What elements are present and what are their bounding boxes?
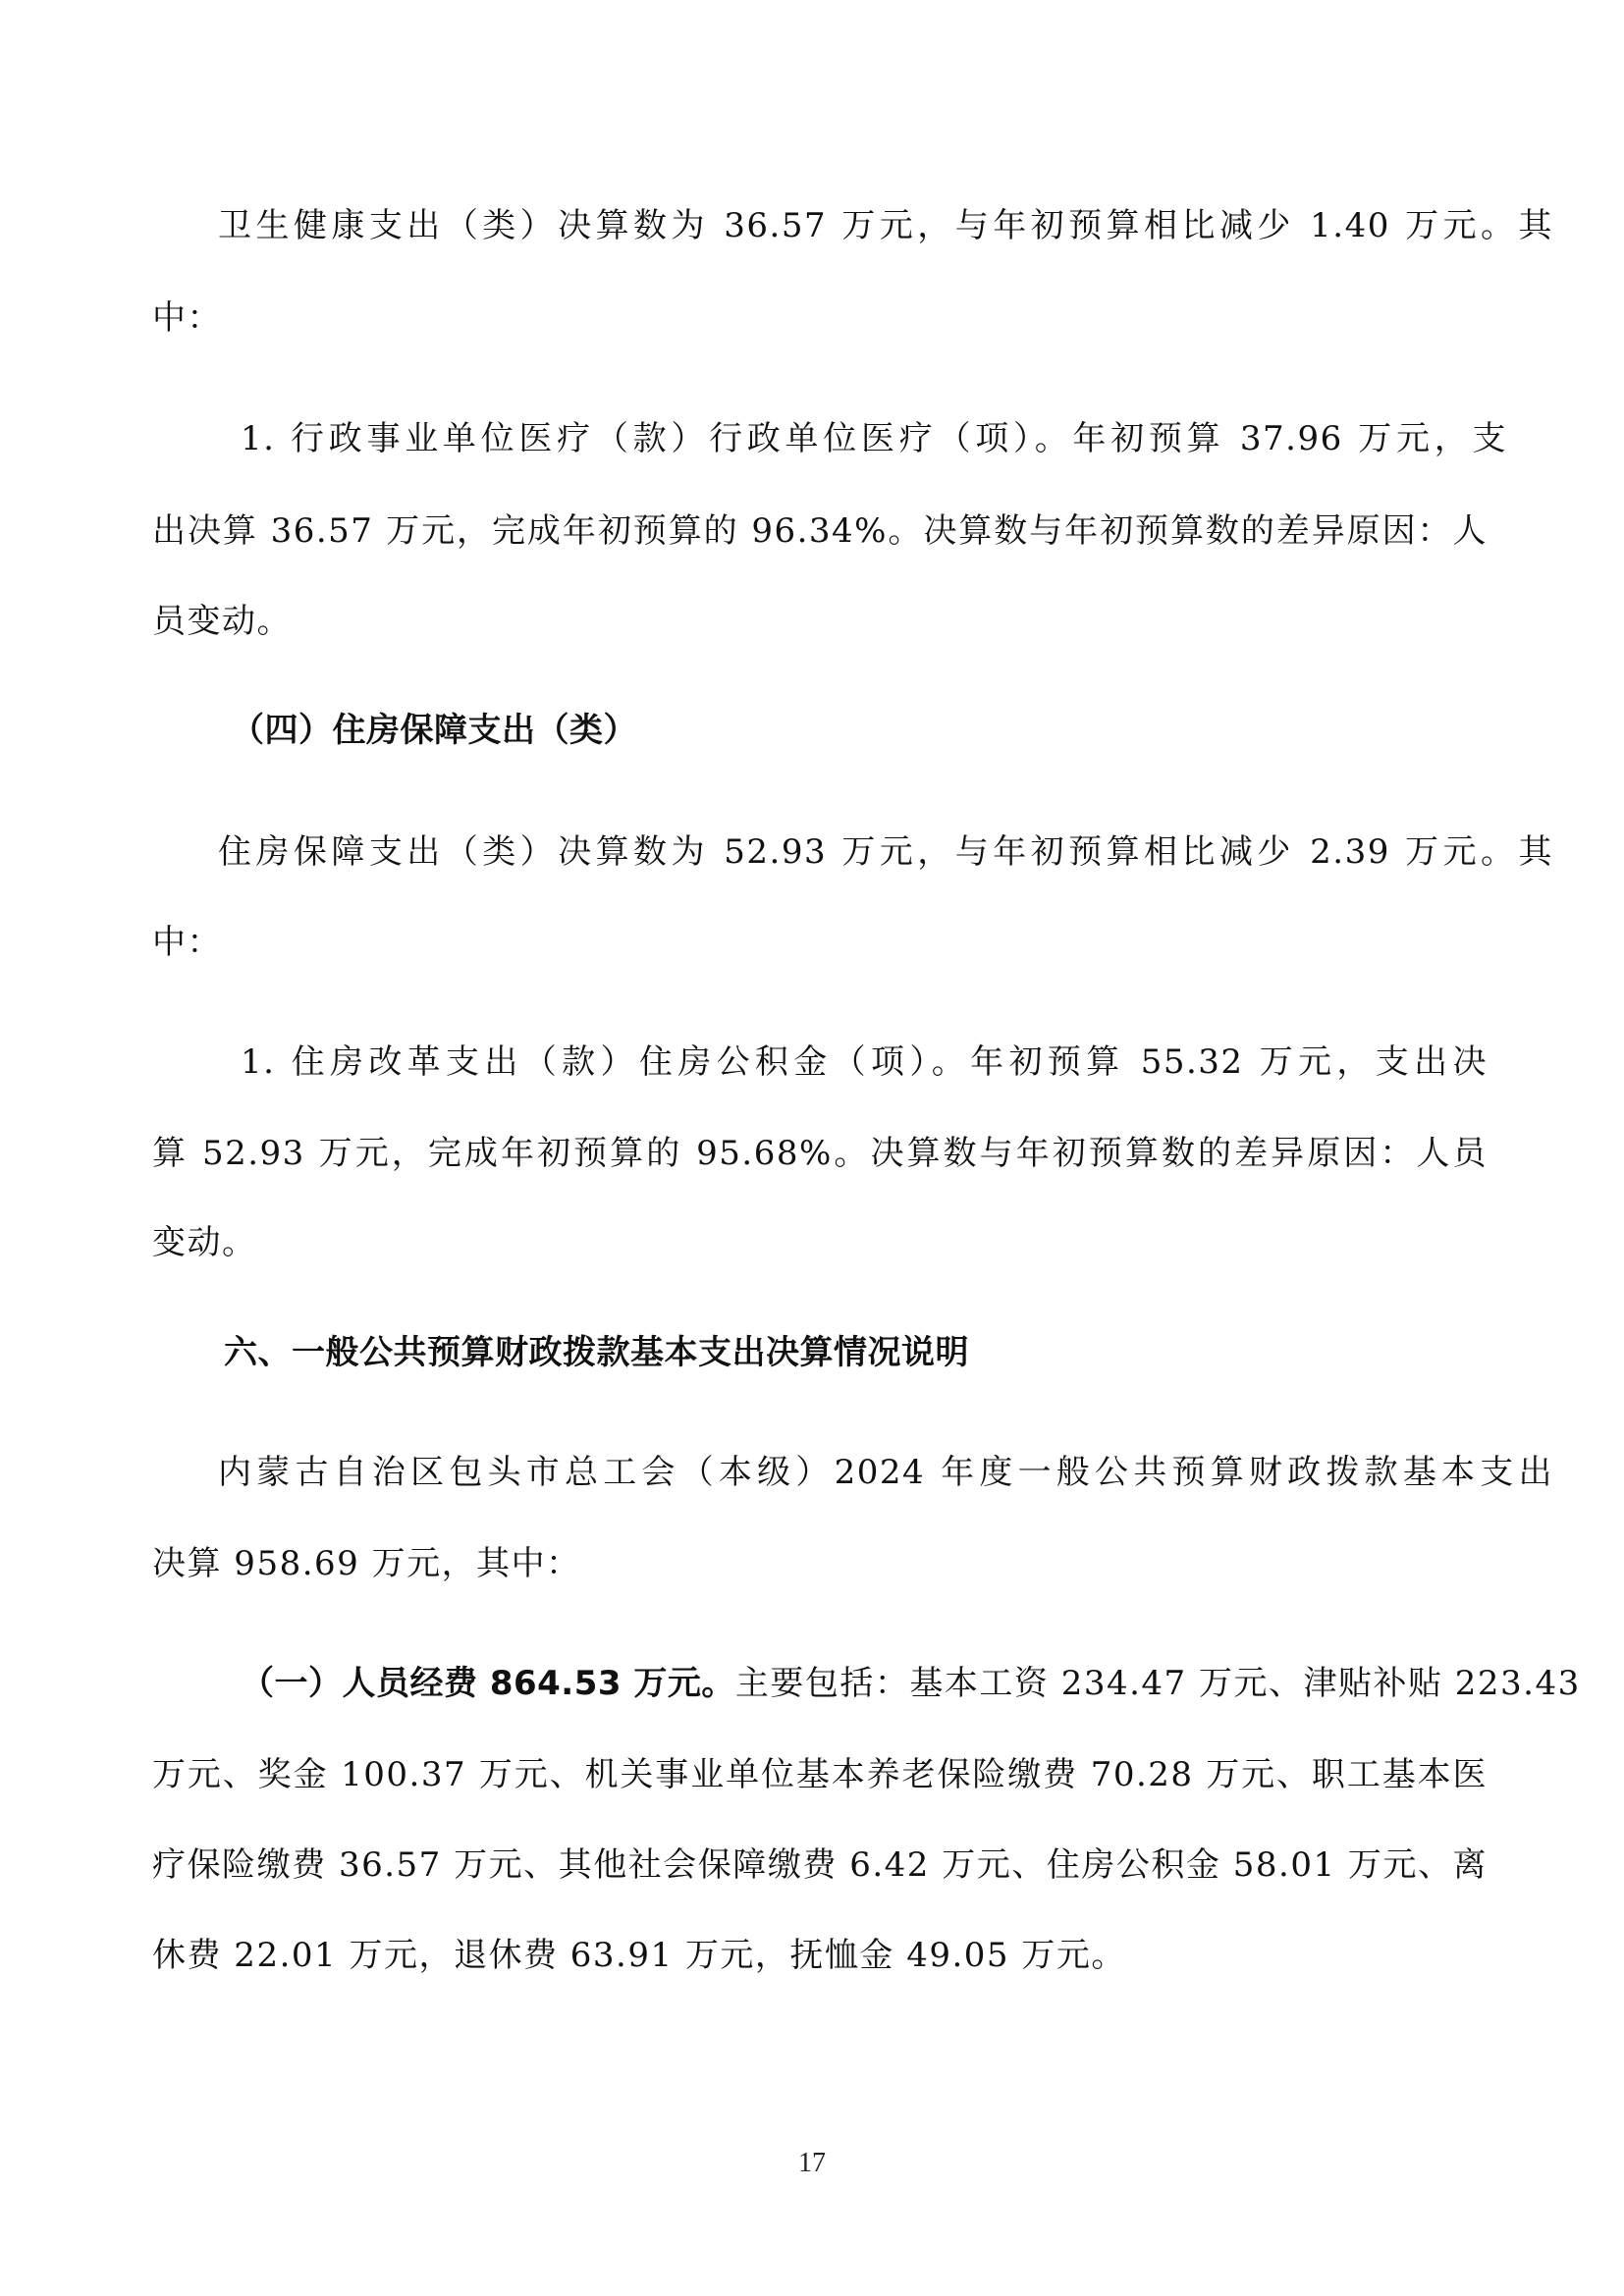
housing-item-1-line-2: 算 52.93 万元，完成年初预算的 95.68%。决算数与年初预算数的差异原因… [152,1132,1488,1175]
personnel-line-2: 万元、奖金 100.37 万元、机关事业单位基本养老保险缴费 70.28 万元、… [152,1753,1488,1796]
health-item-1-line-1: 1. 行政事业单位医疗（款）行政单位医疗（项）。年初预算 37.96 万元，支 [241,417,1507,460]
section-six-intro-line-1: 内蒙古自治区包头市总工会（本级）2024 年度一般公共预算财政拨款基本支出 [218,1451,1553,1494]
section-six-heading: 六、一般公共预算财政拨款基本支出决算情况说明 [224,1331,1559,1374]
section-six-intro-line-2: 决算 958.69 万元，其中： [152,1542,1488,1585]
health-item-1-line-2: 出决算 36.57 万元，完成年初预算的 96.34%。决算数与年初预算数的差异… [152,509,1488,553]
health-item-1-line-3: 员变动。 [152,600,1488,643]
document-page: 卫生健康支出（类）决算数为 36.57 万元，与年初预算相比减少 1.40 万元… [0,0,1624,2296]
health-summary-line-2: 中： [152,296,1488,340]
housing-heading: （四）住房保障支出（类） [231,709,1566,752]
personnel-line-3: 疗保险缴费 36.57 万元、其他社会保障缴费 6.42 万元、住房公积金 58… [152,1843,1488,1887]
page-number: 17 [0,2148,1624,2179]
personnel-line-1-rest: 主要包括：基本工资 234.47 万元、津贴补贴 223.43 [735,1662,1581,1705]
housing-item-1-line-3: 变动。 [152,1221,1488,1264]
housing-item-1-line-1: 1. 住房改革支出（款）住房公积金（项）。年初预算 55.32 万元，支出决 [241,1041,1488,1084]
personnel-lead: （一）人员经费 864.53 万元。 [241,1662,735,1705]
personnel-line-1: （一）人员经费 864.53 万元。 主要包括：基本工资 234.47 万元、津… [241,1662,1488,1705]
housing-summary-line-1: 住房保障支出（类）决算数为 52.93 万元，与年初预算相比减少 2.39 万元… [218,830,1553,874]
housing-summary-line-2: 中： [152,921,1488,964]
health-summary-line-1: 卫生健康支出（类）决算数为 36.57 万元，与年初预算相比减少 1.40 万元… [218,204,1553,247]
personnel-line-4: 休费 22.01 万元，退休费 63.91 万元，抚恤金 49.05 万元。 [152,1934,1488,1977]
